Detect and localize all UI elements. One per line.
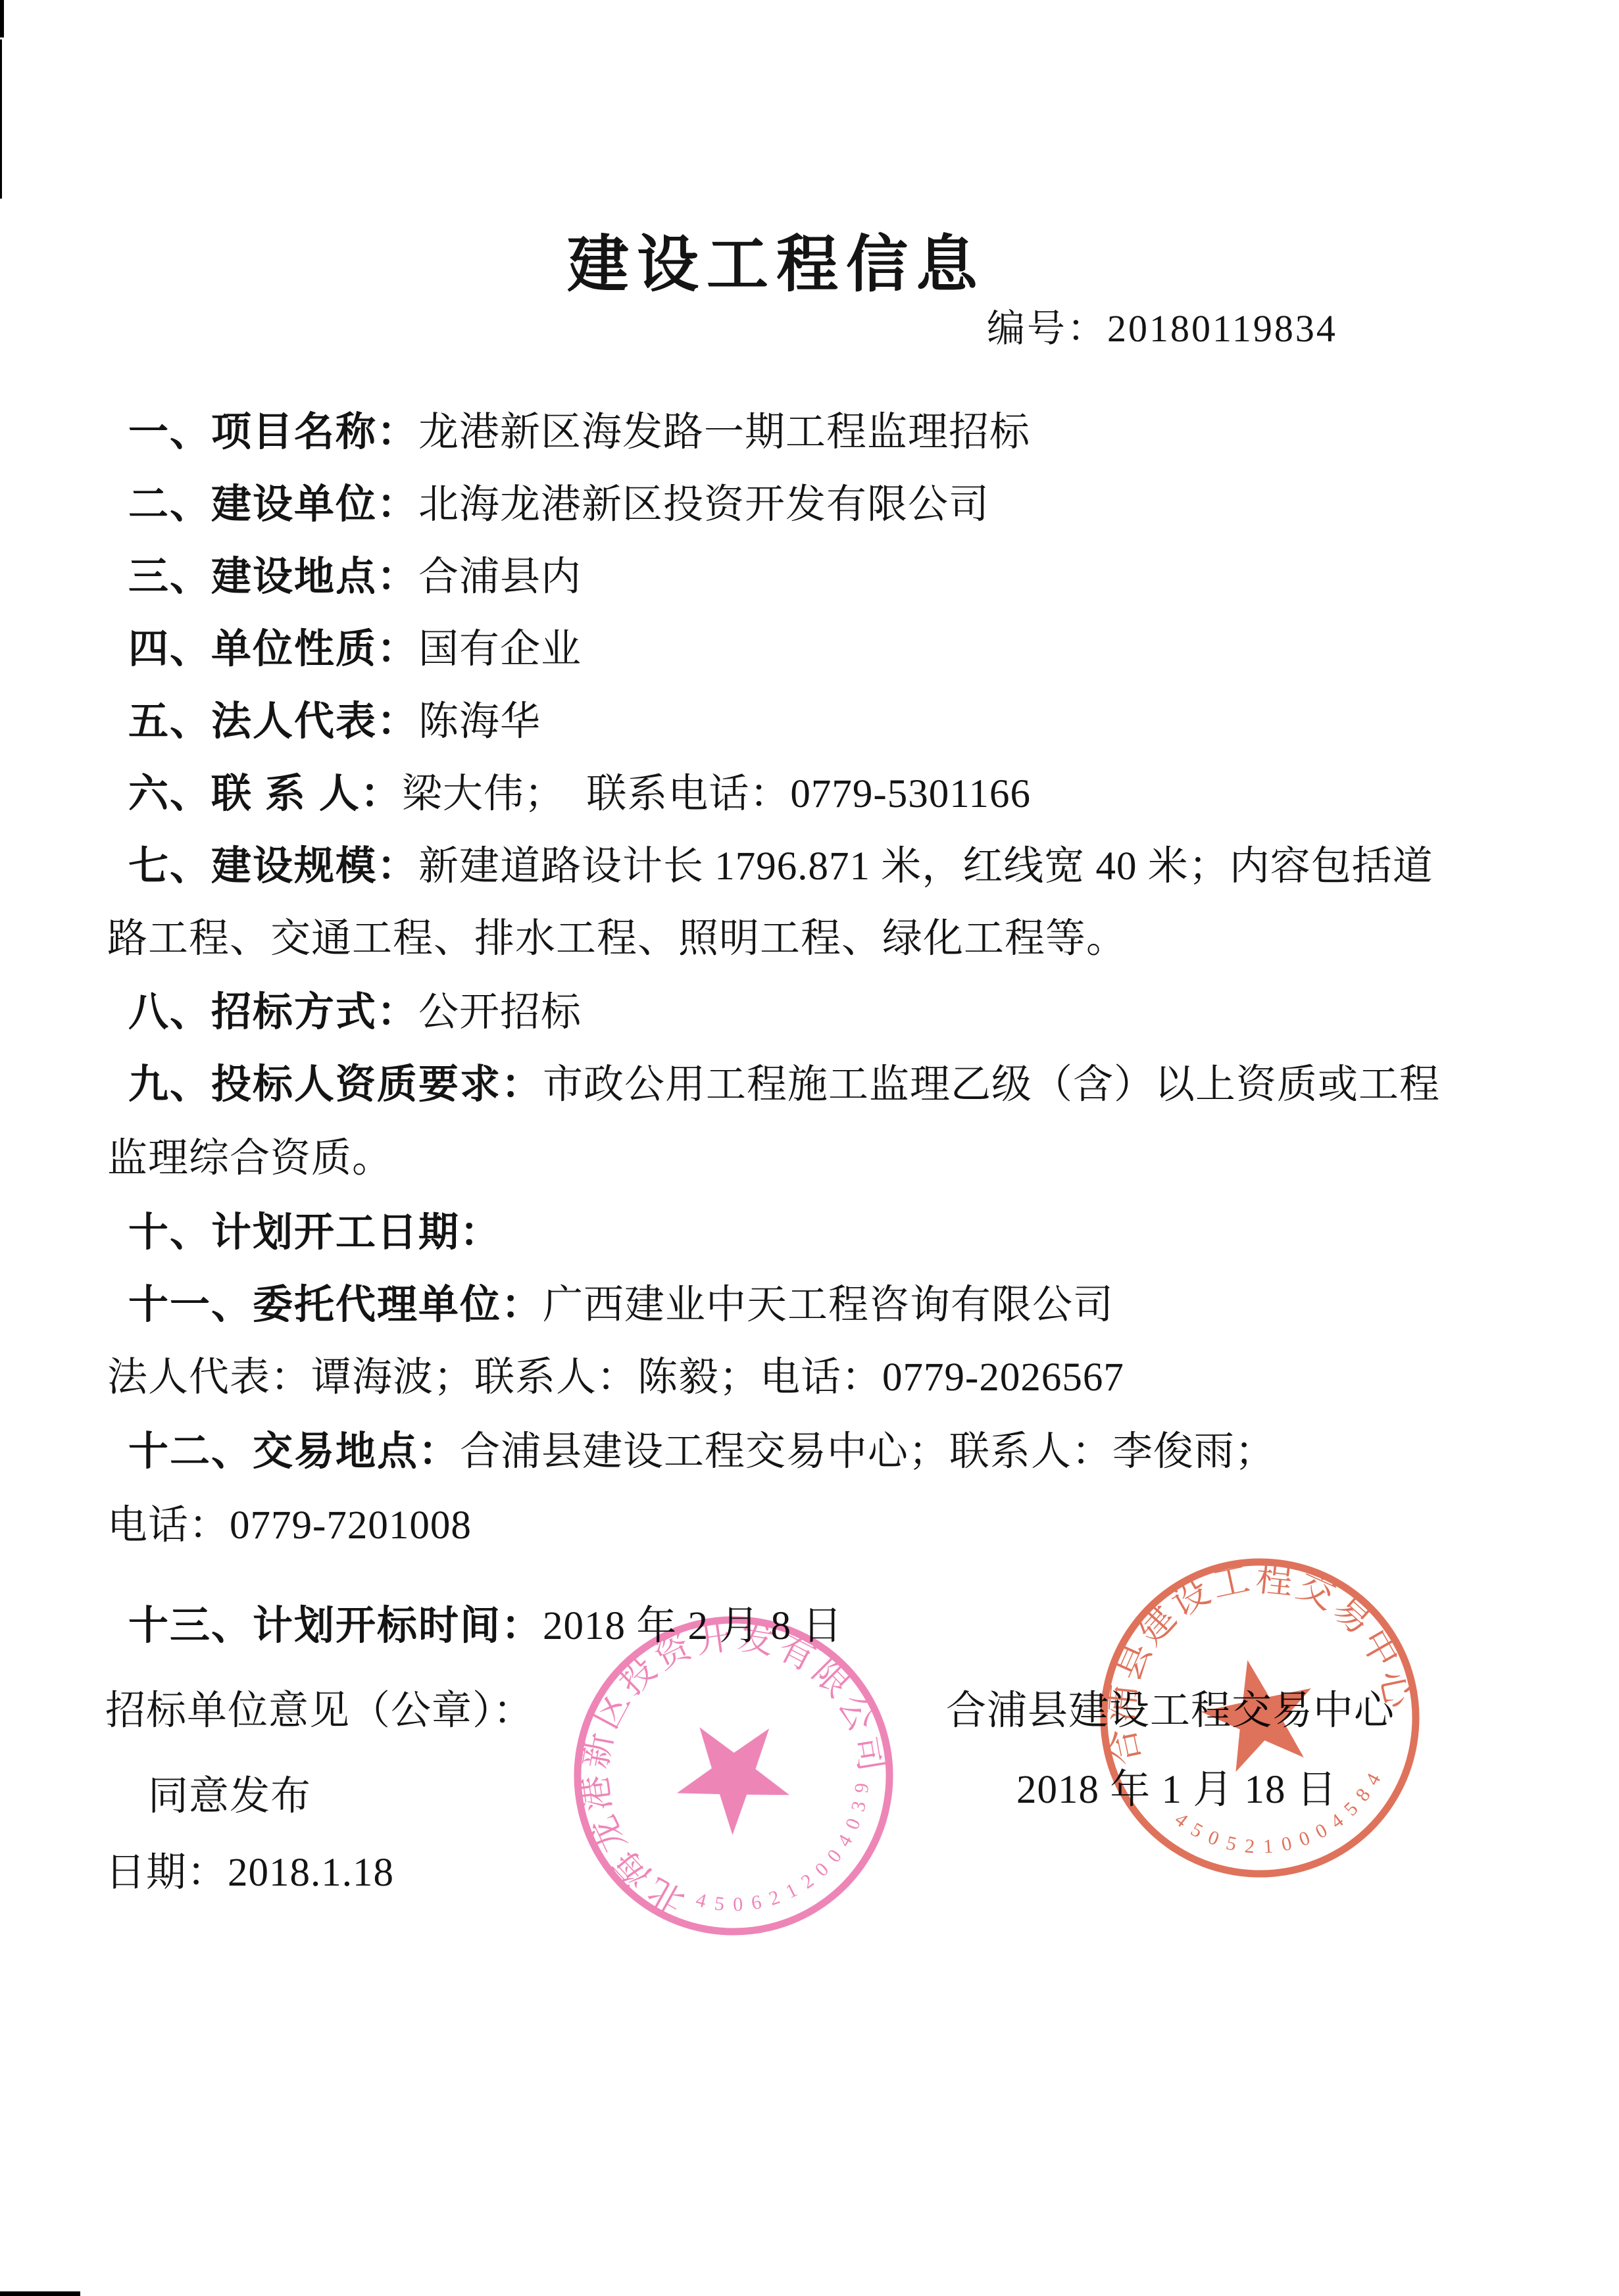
line-text: 北海龙港新区投资开发有限公司 xyxy=(418,483,989,527)
star-icon xyxy=(653,1695,807,1847)
line-text: 广西建业中天工程咨询有限公司 xyxy=(543,1283,1114,1327)
document-line: 四、单位性质：国有企业 xyxy=(128,617,582,674)
line-label: 一、项目名称： xyxy=(128,409,418,454)
approval-date: 日期：2018.1.18 xyxy=(105,1840,394,1897)
document-number: 编号：20180119834 xyxy=(987,297,1337,353)
line-text: 陈海华 xyxy=(418,700,541,744)
document-line: 路工程、交通工程、排水工程、照明工程、绿化工程等。 xyxy=(107,906,1127,964)
line-text: 合浦县内 xyxy=(418,555,582,599)
line-label: 九、投标人资质要求： xyxy=(128,1062,543,1106)
document-line: 三、建设地点：合浦县内 xyxy=(128,545,582,602)
trade-center-seal: 合浦县建设工程交易中心 4505210004584 xyxy=(1089,1547,1431,1889)
line-label: 四、单位性质： xyxy=(128,626,418,671)
line-text: 路工程、交通工程、排水工程、照明工程、绿化工程等。 xyxy=(107,917,1127,961)
scan-artifact-top-left xyxy=(0,0,4,37)
document-line: 法人代表：谭海波；联系人：陈毅；电话：0779-2026567 xyxy=(107,1345,1124,1402)
document-line: 十一、委托代理单位：广西建业中天工程咨询有限公司 xyxy=(128,1273,1114,1330)
document-line: 监理综合资质。 xyxy=(107,1126,393,1183)
line-text: 合浦县建设工程交易中心；联系人：李俊雨； xyxy=(460,1430,1276,1474)
line-label: 七、建设规模： xyxy=(128,843,418,888)
line-text: 电话：0779-7201008 xyxy=(107,1503,472,1548)
line-text: 监理综合资质。 xyxy=(107,1136,393,1181)
star-icon xyxy=(1193,1648,1325,1776)
document-line: 八、招标方式：公开招标 xyxy=(128,980,582,1037)
bidder-company-seal: 北海龙港新区投资开发有限公司 4506212004039 xyxy=(562,1605,905,1947)
line-label: 六、联 系 人： xyxy=(128,771,402,816)
document-line: 七、建设规模：新建道路设计长 1796.871 米，红线宽 40 米；内容包括道 xyxy=(128,834,1433,891)
line-text: 市政公用工程施工监理乙级（含）以上资质或工程 xyxy=(543,1063,1440,1107)
line-label: 八、招标方式： xyxy=(128,989,418,1034)
line-text: 梁大伟； 联系电话：0779-5301166 xyxy=(402,772,1031,816)
line-text: 公开招标 xyxy=(418,990,582,1035)
line-label: 三、建设地点： xyxy=(128,554,418,598)
bid-unit-opinion-label: 招标单位意见（公章）： xyxy=(105,1678,534,1736)
line-text: 龙港新区海发路一期工程监理招标 xyxy=(418,410,1030,454)
document-page: 建设工程信息 编号：20180119834 一、项目名称：龙港新区海发路一期工程… xyxy=(0,0,1619,2296)
line-label: 二、建设单位： xyxy=(128,481,418,526)
document-title: 建设工程信息 xyxy=(567,214,985,303)
line-label: 十三、计划开标时间： xyxy=(128,1603,543,1648)
line-text: 国有企业 xyxy=(418,627,582,672)
document-line: 六、联 系 人：梁大伟； 联系电话：0779-5301166 xyxy=(128,762,1031,819)
document-line: 二、建设单位：北海龙港新区投资开发有限公司 xyxy=(128,472,989,529)
document-line: 五、法人代表：陈海华 xyxy=(128,689,541,746)
scan-artifact-left-edge xyxy=(0,39,2,199)
document-line: 九、投标人资质要求：市政公用工程施工监理乙级（含）以上资质或工程 xyxy=(128,1052,1440,1110)
line-text: 法人代表：谭海波；联系人：陈毅；电话：0779-2026567 xyxy=(107,1356,1124,1400)
document-line: 电话：0779-7201008 xyxy=(107,1493,472,1550)
document-line: 一、项目名称：龙港新区海发路一期工程监理招标 xyxy=(128,400,1030,457)
scan-artifact-bottom-left xyxy=(0,2291,80,2296)
line-label: 十二、交易地点： xyxy=(128,1429,460,1473)
line-text: 新建道路设计长 1796.871 米，红线宽 40 米；内容包括道 xyxy=(418,844,1433,889)
line-label: 十、计划开工日期： xyxy=(128,1209,501,1254)
document-line: 十、计划开工日期： xyxy=(128,1200,501,1258)
approval-text: 同意发布 xyxy=(148,1764,311,1821)
line-label: 十一、委托代理单位： xyxy=(128,1282,543,1327)
document-line: 十二、交易地点：合浦县建设工程交易中心；联系人：李俊雨； xyxy=(128,1419,1276,1477)
line-label: 五、法人代表： xyxy=(128,698,418,743)
